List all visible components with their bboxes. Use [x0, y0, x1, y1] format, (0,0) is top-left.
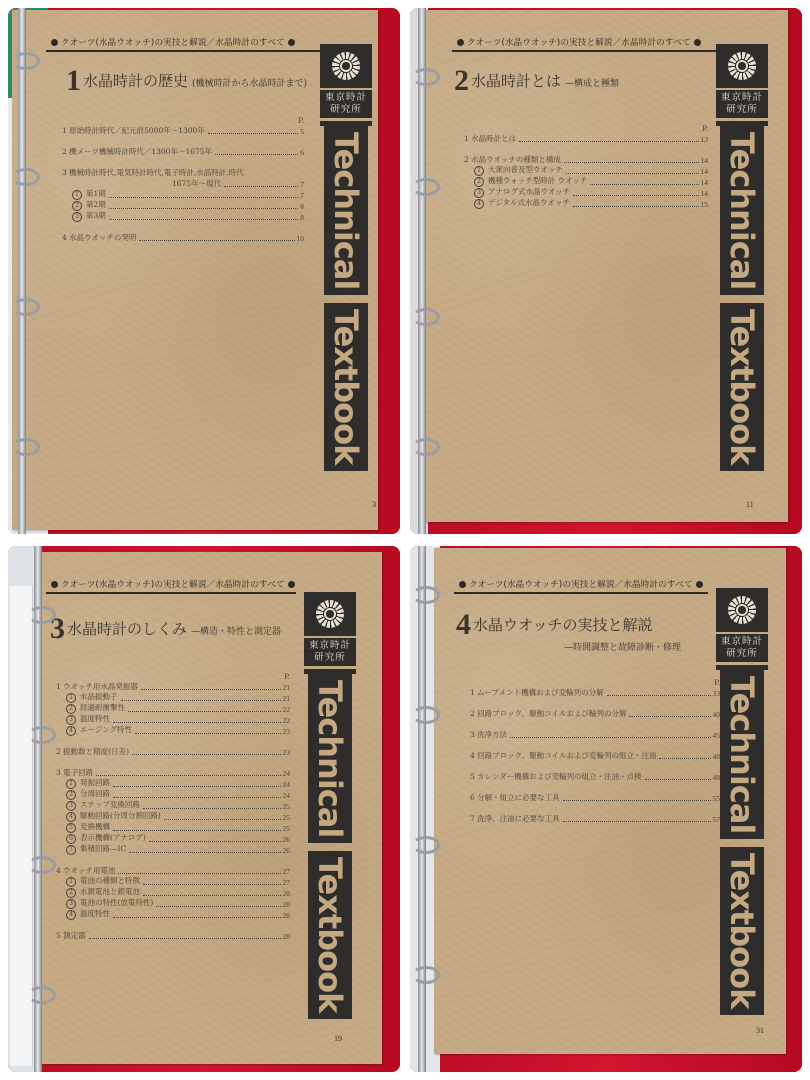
- table-of-contents: P.1 ムーブメント機構および変輪列の分解332 回路ブロック、駆動コイルおよび…: [470, 676, 720, 824]
- toc-entry-page: 22: [283, 716, 291, 725]
- chrysanthemum-logo-icon: [716, 44, 768, 88]
- binder-ring: [412, 178, 440, 196]
- dot-leader: [118, 873, 280, 874]
- toc-entry-label: 5 測定器: [56, 930, 86, 941]
- page-number: 19: [334, 1034, 342, 1043]
- toc-entry-page: 14: [701, 167, 709, 176]
- dot-leader: [659, 758, 710, 759]
- toc-entry-label: 4温度特性: [66, 908, 110, 920]
- dot-leader: [141, 689, 281, 690]
- photo-chapter-1: クオーツ(水晶ウオッチ)の実技と解説／水晶時計のすべて 1水晶時計の歴史(機械時…: [8, 8, 400, 534]
- header-rule: [46, 592, 296, 594]
- dot-leader: [143, 884, 281, 885]
- running-header: クオーツ(水晶ウオッチ)の実技と解説／水晶時計のすべて: [48, 36, 298, 48]
- toc-entry-label: 2 回路ブロック、駆動コイルおよび輪列の分解: [470, 708, 626, 719]
- toc-entry: 3 洗浄方法45: [470, 729, 720, 740]
- toc-entry: 4エージング特性23: [56, 725, 290, 736]
- toc-entry: 7集積回路—IC26: [56, 844, 290, 855]
- binder-ring: [412, 586, 440, 604]
- vertical-brand-word-2: Textbook: [308, 851, 352, 1018]
- toc-entry-label: 4 回路ブロック、駆動コイルおよび変輪列の組立・注油: [470, 750, 656, 761]
- toc-entry: 4デジタル式水晶ウオッチ15: [464, 198, 708, 209]
- binder-ring: [12, 168, 40, 186]
- dot-leader: [164, 819, 281, 820]
- dot-leader: [113, 722, 281, 723]
- page-column-label: P.: [62, 114, 304, 125]
- dot-leader: [215, 154, 298, 155]
- dot-leader: [208, 133, 298, 134]
- binder-ring: [12, 52, 40, 70]
- toc-entry: 4 水晶ウオッチの発明10: [62, 232, 304, 243]
- photo-chapter-4: クオーツ(水晶ウオッチ)の実技と解説／水晶時計のすべて 4水晶ウオッチの実技と解…: [410, 546, 802, 1072]
- toc-page: クオーツ(水晶ウオッチ)の実技と解説／水晶時計のすべて 3水晶時計のしくみ—構造…: [38, 552, 382, 1064]
- publisher-name: 東京時計研究所: [716, 90, 768, 118]
- toc-entry-page: 15: [701, 200, 709, 209]
- page-number: 31: [756, 1026, 764, 1035]
- binder-ring: [412, 308, 440, 326]
- table-of-contents: P.1 水晶時計とは132 水晶ウオッチの種類と構成141大衆向普及型ウオッチ1…: [464, 122, 708, 209]
- binder-ring: [28, 726, 56, 744]
- toc-entry: 4温度特性28: [56, 909, 290, 920]
- dot-leader: [590, 184, 698, 185]
- dot-leader: [96, 775, 280, 776]
- dot-leader: [143, 808, 281, 809]
- toc-entry: 2 回路ブロック、駆動コイルおよび輪列の分解40: [470, 708, 720, 719]
- toc-entry-label: 7 洗浄、注油に必要な工具: [470, 813, 560, 824]
- toc-entry-label: 4デジタル式水晶ウオッチ: [474, 197, 570, 209]
- toc-entry: 1 水晶時計とは13: [464, 133, 708, 144]
- dot-leader: [89, 938, 281, 939]
- toc-entry: 4 回路ブロック、駆動コイルおよび変輪列の組立・注油48: [470, 750, 720, 761]
- dot-leader: [113, 917, 281, 918]
- binder-ring: [28, 606, 56, 624]
- toc-entry-page: 5: [300, 127, 304, 136]
- dot-leader: [566, 173, 699, 174]
- binder-ring: [412, 966, 440, 984]
- toc-entry: 2 機メーツ機械時計時代／1300年〜1675年6: [62, 146, 304, 157]
- publisher-logo-column: 東京時計研究所TechnicalTextbook: [320, 44, 372, 479]
- toc-entry-label: 3 洗浄方法: [470, 729, 507, 740]
- publisher-logo-column: 東京時計研究所TechnicalTextbook: [716, 44, 768, 479]
- toc-entry-page: 26: [283, 846, 291, 855]
- toc-entry-page: 24: [283, 769, 291, 778]
- toc-entry-label: 2 機メーツ機械時計時代／1300年〜1675年: [62, 146, 212, 157]
- dot-leader: [135, 733, 280, 734]
- dot-leader: [113, 830, 281, 831]
- toc-entry: 3第3期8: [62, 211, 304, 222]
- binder-ring: [12, 438, 40, 456]
- dot-leader: [510, 737, 710, 738]
- binder-ring-rail: [418, 546, 426, 1072]
- chrysanthemum-logo-icon: [320, 44, 372, 88]
- dot-leader: [121, 700, 281, 701]
- toc-entry-label: 1 原始時計時代／紀元前5000年〜1300年: [62, 125, 205, 136]
- dot-leader: [109, 208, 298, 209]
- dot-leader: [128, 711, 281, 712]
- header-rule: [452, 50, 728, 52]
- header-rule: [454, 592, 708, 594]
- binder-ring: [28, 856, 56, 874]
- toc-entry-page: 28: [283, 911, 291, 920]
- toc-entry-label: 2 振動数と精度(日差): [56, 746, 129, 757]
- toc-entry-page: 27: [283, 867, 291, 876]
- chrysanthemum-logo-icon: [304, 592, 356, 636]
- toc-page: クオーツ(水晶ウオッチ)の実技と解説／水晶時計のすべて 2水晶時計とは—構成と種…: [420, 10, 788, 522]
- toc-entry: 2 振動数と精度(日差)23: [56, 746, 290, 757]
- chapter-subtitle: —時間調整と故障診断・修理: [564, 640, 681, 653]
- toc-entry-page: 7: [300, 191, 304, 200]
- toc-entry-label: 4 水晶ウオッチの発明: [62, 232, 136, 243]
- photo-chapter-2: クオーツ(水晶ウオッチ)の実技と解説／水晶時計のすべて 2水晶時計とは—構成と種…: [410, 8, 802, 534]
- chapter-title: 4水晶ウオッチの実技と解説: [456, 608, 653, 642]
- toc-entry-page: 23: [283, 727, 291, 736]
- publisher-name: 東京時計研究所: [320, 90, 372, 118]
- running-header: クオーツ(水晶ウオッチ)の実技と解説／水晶時計のすべて: [454, 36, 704, 48]
- dot-leader: [156, 906, 280, 907]
- toc-entry-page: 25: [283, 813, 291, 822]
- vertical-brand-word-1: Technical: [720, 670, 764, 839]
- toc-entry-page: 24: [283, 791, 291, 800]
- toc-entry-page: 14: [701, 156, 709, 165]
- vertical-brand-word-1: Technical: [308, 674, 352, 843]
- page-number: 11: [746, 500, 754, 509]
- toc-entry-label: 7集積回路—IC: [66, 843, 126, 855]
- page-number: 3: [372, 500, 376, 509]
- toc-entry-page: 28: [283, 932, 291, 941]
- toc-entry-page: 8: [300, 202, 304, 211]
- page-column-label: P.: [56, 670, 290, 681]
- dot-leader: [143, 895, 281, 896]
- binder-ring: [412, 438, 440, 456]
- publisher-name: 東京時計研究所: [716, 634, 768, 662]
- dot-leader: [109, 197, 298, 198]
- toc-entry-label: 3第3期: [72, 210, 106, 222]
- toc-entry-page: 7: [300, 180, 304, 189]
- dot-leader: [563, 800, 711, 801]
- table-of-contents: P.1 原始時計時代／紀元前5000年〜1300年52 機メーツ機械時計時代／1…: [62, 114, 304, 243]
- vertical-brand-word-2: Textbook: [720, 847, 764, 1014]
- publisher-name: 東京時計研究所: [304, 638, 356, 666]
- dot-leader: [564, 162, 699, 163]
- dot-leader: [113, 786, 281, 787]
- publisher-logo-column: 東京時計研究所TechnicalTextbook: [304, 592, 356, 1027]
- toc-entry-page: 22: [283, 705, 291, 714]
- dot-leader: [629, 716, 710, 717]
- dot-leader: [645, 779, 711, 780]
- toc-entry-label: 1 ムーブメント機構および変輪列の分解: [470, 687, 604, 698]
- toc-entry-label: 1 水晶時計とは: [464, 133, 516, 144]
- toc-entry-page: 25: [283, 802, 291, 811]
- dot-leader: [519, 141, 698, 142]
- binder-ring: [412, 706, 440, 724]
- toc-entry: 7 洗浄、注油に必要な工具57: [470, 813, 720, 824]
- toc-entry-label: 4エージング特性: [66, 724, 132, 736]
- page-column-label: P.: [464, 122, 708, 133]
- dot-leader: [573, 195, 698, 196]
- toc-entry-page: 14: [701, 178, 709, 187]
- toc-entry: 3 機械時計時代,電気時計時代,電子時計,水晶時計,時代: [62, 167, 304, 178]
- toc-entry-page: 28: [283, 900, 291, 909]
- toc-entry-label: 3 機械時計時代,電気時計時代,電子時計,水晶時計,時代: [62, 167, 244, 178]
- dot-leader: [109, 219, 298, 220]
- toc-entry-page: 28: [283, 889, 291, 898]
- page-column-label: P.: [470, 676, 720, 687]
- toc-entry: 5 カレンダー機構および変輪列の組立・注油・点検48: [470, 771, 720, 782]
- toc-page: クオーツ(水晶ウオッチ)の実技と解説／水晶時計のすべて 4水晶ウオッチの実技と解…: [434, 548, 786, 1054]
- vertical-brand-word-1: Technical: [720, 126, 764, 295]
- dot-leader: [563, 821, 711, 822]
- binder-ring: [412, 836, 440, 854]
- chapter-title: 3水晶時計のしくみ—構造・特性と測定器: [50, 612, 281, 646]
- chrysanthemum-logo-icon: [716, 588, 768, 632]
- dot-leader: [139, 240, 294, 241]
- toc-entry-label: 5 カレンダー機構および変輪列の組立・注油・点検: [470, 771, 642, 782]
- dot-leader: [149, 841, 281, 842]
- running-header: クオーツ(水晶ウオッチ)の実技と解説／水晶時計のすべて: [456, 578, 706, 590]
- toc-entry-page: 21: [283, 683, 291, 692]
- vertical-brand-word-2: Textbook: [720, 303, 764, 470]
- toc-page: クオーツ(水晶ウオッチ)の実技と解説／水晶時計のすべて 1水晶時計の歴史(機械時…: [12, 10, 378, 530]
- binder-ring: [28, 986, 56, 1004]
- toc-entry-label: 6 分解・組立に必要な工具: [470, 792, 560, 803]
- chapter-title: 1水晶時計の歴史(機械時計から水晶時計まで): [66, 64, 307, 98]
- photo-chapter-3: クオーツ(水晶ウオッチ)の実技と解説／水晶時計のすべて 3水晶時計のしくみ—構造…: [8, 546, 400, 1072]
- dot-leader: [129, 852, 280, 853]
- toc-entry: 6 分解・組立に必要な工具55: [470, 792, 720, 803]
- chapter-title: 2水晶時計とは—構成と種類: [454, 64, 619, 98]
- toc-entry-page: 21: [283, 694, 291, 703]
- table-of-contents: P.1 ウオッチ用水晶発振器211水晶振動子212経過耐衝撃性223温度特性22…: [56, 670, 290, 941]
- toc-entry-page: 25: [283, 824, 291, 833]
- toc-entry-label: 1675年〜現代: [172, 178, 221, 189]
- toc-entry-page: 23: [283, 748, 291, 757]
- vertical-brand-word-1: Technical: [324, 126, 368, 295]
- toc-entry-page: 10: [297, 234, 305, 243]
- dot-leader: [113, 797, 281, 798]
- header-rule: [46, 50, 320, 52]
- toc-entry-page: 27: [283, 878, 291, 887]
- dot-leader: [132, 754, 280, 755]
- toc-entry: 1 原始時計時代／紀元前5000年〜1300年5: [62, 125, 304, 136]
- binder-ring: [12, 298, 40, 316]
- running-header: クオーツ(水晶ウオッチ)の実技と解説／水晶時計のすべて: [48, 578, 298, 590]
- publisher-logo-column: 東京時計研究所TechnicalTextbook: [716, 588, 768, 1023]
- toc-entry-page: 14: [701, 189, 709, 198]
- toc-entry-page: 26: [283, 835, 291, 844]
- toc-entry-page: 24: [283, 780, 291, 789]
- toc-entry-page: 8: [300, 213, 304, 222]
- binder-ring: [412, 68, 440, 86]
- dot-leader: [573, 206, 699, 207]
- toc-entry: 1 ムーブメント機構および変輪列の分解33: [470, 687, 720, 698]
- dot-leader: [224, 186, 298, 187]
- toc-entry-page: 13: [701, 135, 709, 144]
- toc-entry: 5 測定器28: [56, 930, 290, 941]
- dot-leader: [607, 695, 711, 696]
- toc-entry-page: 6: [300, 148, 304, 157]
- vertical-brand-word-2: Textbook: [324, 303, 368, 470]
